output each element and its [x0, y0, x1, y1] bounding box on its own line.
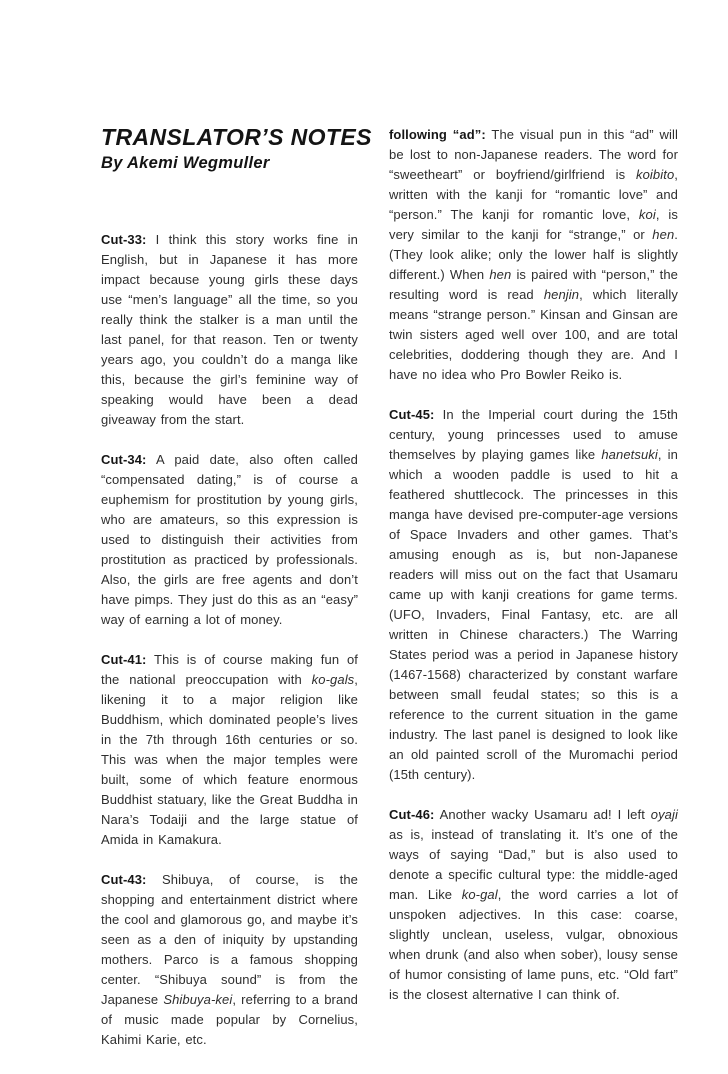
italic-term: oyaji: [651, 807, 678, 822]
page-header: TRANSLATOR’S NOTES By Akemi Wegmuller: [101, 124, 372, 174]
note-text: Shibuya, of course, is the shopping and …: [101, 872, 358, 1007]
note-text: , in which a wooden paddle is used to hi…: [389, 447, 678, 782]
cut-label: following “ad”:: [389, 127, 486, 142]
italic-term: hanetsuki: [601, 447, 658, 462]
note-text: , likening it to a major religion like B…: [101, 672, 358, 847]
italic-term: koibito: [636, 167, 674, 182]
italic-term: koi: [639, 207, 656, 222]
byline: By Akemi Wegmuller: [101, 152, 372, 174]
italic-term: Shibuya-kei: [163, 992, 232, 1007]
note-text: , the word carries a lot of unspoken adj…: [389, 887, 678, 1002]
note-paragraph: Cut-41: This is of course making fun of …: [101, 650, 358, 850]
italic-term: henjin: [544, 287, 579, 302]
cut-label: Cut-46:: [389, 807, 434, 822]
note-text: Another wacky Usamaru ad! I left: [434, 807, 650, 822]
note-paragraph: following “ad”: The visual pun in this “…: [389, 125, 678, 385]
note-paragraph: Cut-45: In the Imperial court during the…: [389, 405, 678, 785]
right-column: following “ad”: The visual pun in this “…: [389, 125, 678, 1005]
page-title: TRANSLATOR’S NOTES: [101, 124, 372, 150]
note-paragraph: Cut-34: A paid date, also often called “…: [101, 450, 358, 630]
italic-term: hen: [652, 227, 674, 242]
note-paragraph: Cut-43: Shibuya, of course, is the shopp…: [101, 870, 358, 1050]
cut-label: Cut-45:: [389, 407, 434, 422]
cut-label: Cut-34:: [101, 452, 146, 467]
cut-label: Cut-41:: [101, 652, 146, 667]
cut-label: Cut-33:: [101, 232, 146, 247]
note-text: A paid date, also often called “compensa…: [101, 452, 358, 627]
italic-term: ko-gals: [312, 672, 355, 687]
italic-term: hen: [489, 267, 511, 282]
note-text: I think this story works fine in English…: [101, 232, 358, 427]
note-paragraph: Cut-46: Another wacky Usamaru ad! I left…: [389, 805, 678, 1005]
cut-label: Cut-43:: [101, 872, 146, 887]
note-paragraph: Cut-33: I think this story works fine in…: [101, 230, 358, 430]
left-column: Cut-33: I think this story works fine in…: [101, 230, 358, 1050]
scanned-page: TRANSLATOR’S NOTES By Akemi Wegmuller Cu…: [0, 0, 728, 1074]
italic-term: ko-gal: [462, 887, 498, 902]
